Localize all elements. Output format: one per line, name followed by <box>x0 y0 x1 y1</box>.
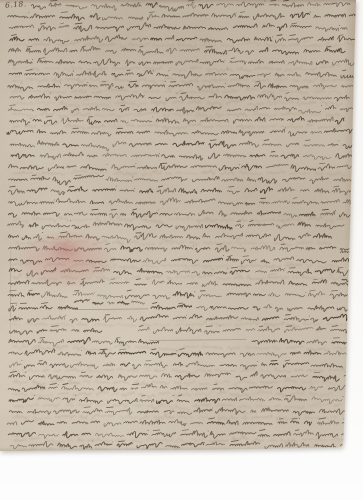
letter-page: 6.18. <box>0 0 358 452</box>
handwriting-text <box>0 0 358 452</box>
paper-shadow: 6.18. <box>0 0 358 452</box>
fold-crease <box>10 238 11 342</box>
letter-scan: 6.18. <box>0 0 363 500</box>
archival-mark: 6.18. <box>5 0 27 10</box>
seal-smudge-core <box>48 238 82 260</box>
